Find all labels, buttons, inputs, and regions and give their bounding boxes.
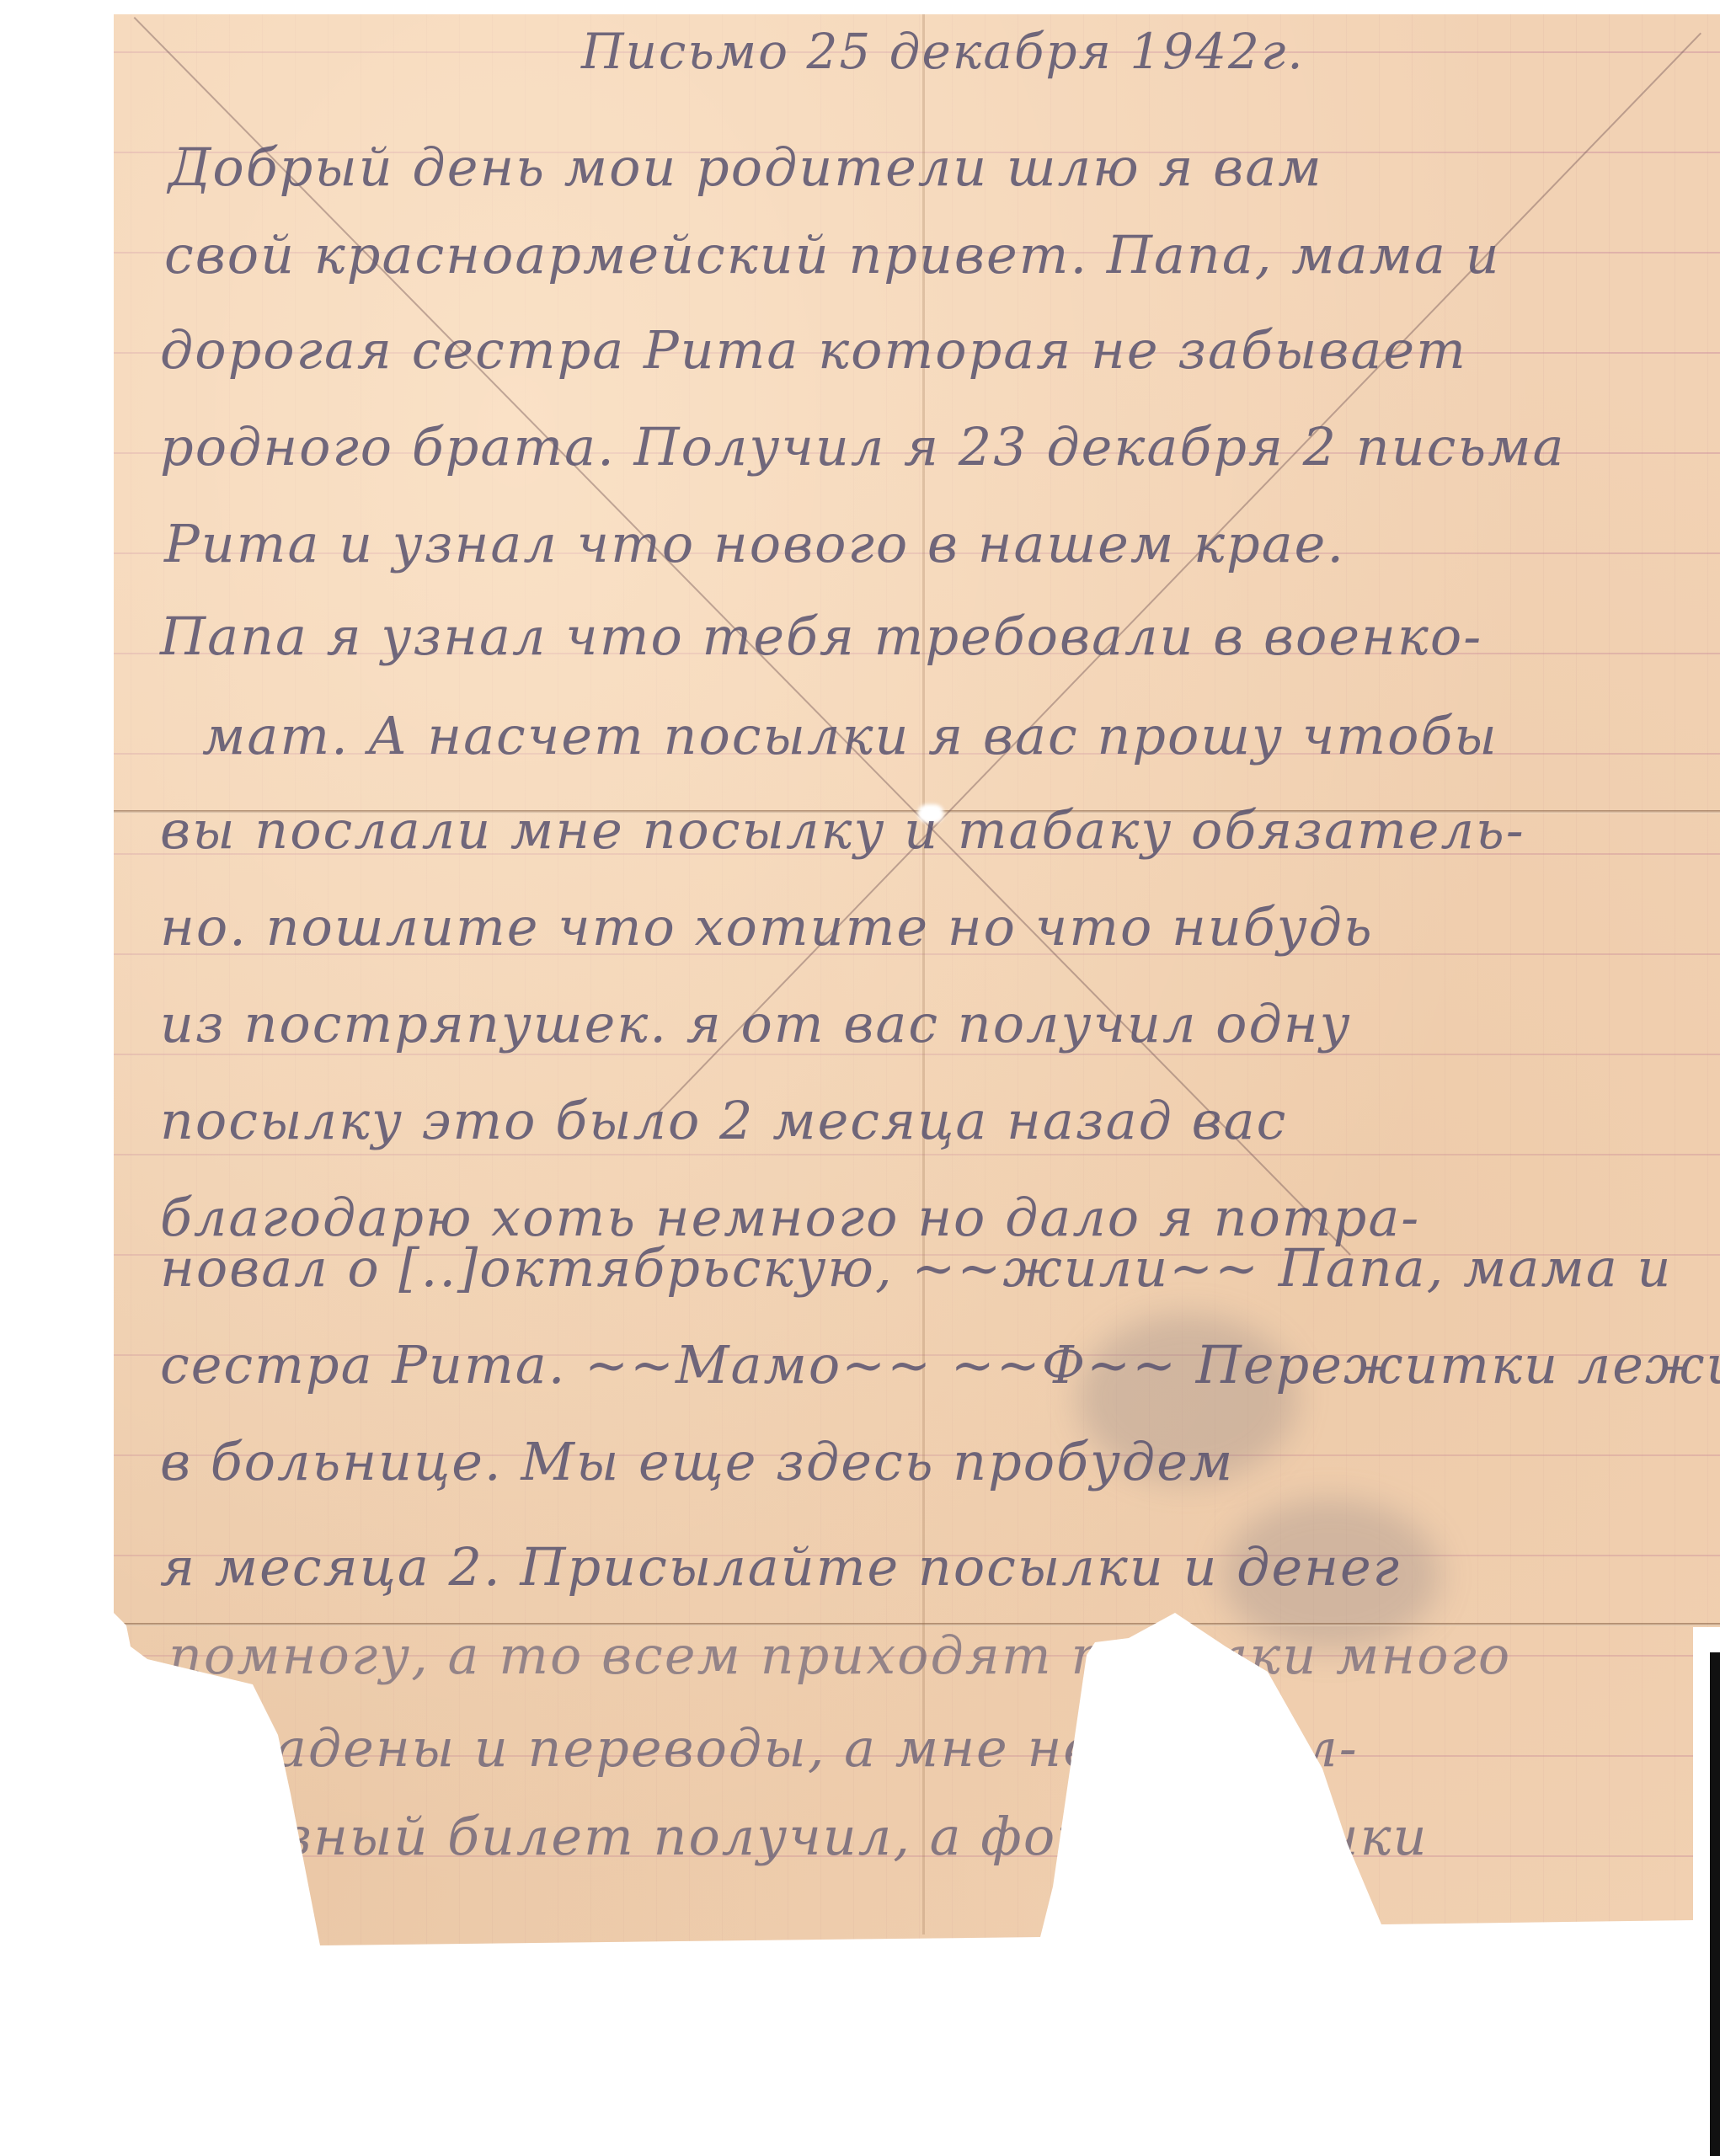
letter-line: родного брата. Получил я 23 декабря 2 пи… xyxy=(160,421,1566,473)
letter-line: в больнице. Мы еще здесь пробудем xyxy=(160,1436,1234,1488)
letter-line: помногу, а то всем приходят посылки мног… xyxy=(168,1630,1511,1682)
letter-line: Добрый день мои родители шлю я вам xyxy=(168,141,1323,194)
letter-line: благодарю хоть немного но дало я потра- xyxy=(160,1192,1420,1244)
letter-title: Письмо 25 декабря 1942г. xyxy=(581,27,1305,76)
letter-line: хозный билет получил, а фотокарточки xyxy=(219,1811,1429,1863)
letter-line: дорогая сестра Рита которая не забывает xyxy=(160,324,1467,376)
scanned-letter: Письмо 25 декабря 1942г. Добрый день мои… xyxy=(0,0,1720,2156)
letter-line: мат. А насчет посылки я вас прошу чтобы xyxy=(202,710,1498,762)
letter-line: сестра Рита. ~~Мамо~~ ~~Ф~~ Пережитки ле… xyxy=(160,1339,1720,1391)
scanner-edge xyxy=(1710,1652,1720,2156)
letter-line: но. пошлите что хотите но что нибудь xyxy=(160,901,1374,953)
letter-line: вы послали мне посылку и табаку обязател… xyxy=(160,804,1525,857)
letter-line: из постряпушек. я от вас получил одну xyxy=(160,998,1352,1050)
letter-line: новал о [..]октябрьскую, ~~жили~~ Папа, … xyxy=(160,1242,1672,1294)
letter-line: я месяца 2. Присылайте посылки и денег xyxy=(160,1541,1401,1593)
paper-sheet: Письмо 25 декабря 1942г. Добрый день мои… xyxy=(0,0,1720,2156)
letter-line: выдадены и переводы, а мне нет. я кол- xyxy=(164,1722,1359,1774)
letter-line: нет. xyxy=(219,1886,311,1920)
letter-line: Рита и узнал что нового в нашем крае. xyxy=(164,518,1345,570)
letter-line: свой красноармейский привет. Папа, мама … xyxy=(164,229,1501,281)
letter-line: Папа я узнал что тебя требовали в военко… xyxy=(160,611,1482,663)
letter-line: посылку это было 2 месяца назад вас xyxy=(160,1095,1287,1147)
